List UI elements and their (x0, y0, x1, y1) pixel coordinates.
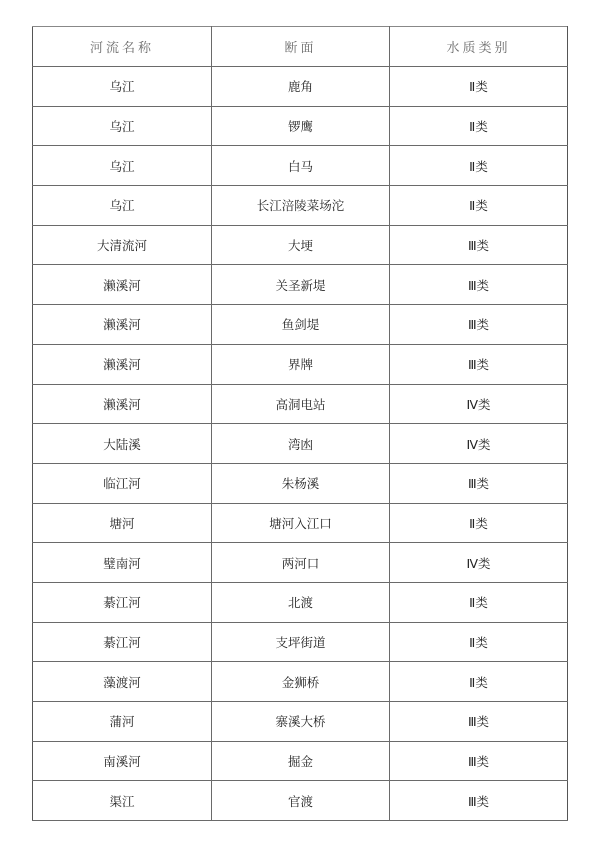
cell-section: 界牌 (212, 344, 390, 384)
cell-river-name: 濑溪河 (33, 305, 212, 345)
water-quality-table: 河流名称 断面 水质类别 乌江 鹿角 Ⅱ类 乌江 锣鹰 Ⅱ类 乌江 白马 Ⅱ类 (32, 26, 568, 821)
cell-quality-class: Ⅳ类 (390, 543, 568, 583)
cell-quality-class: Ⅱ类 (390, 622, 568, 662)
cell-section: 关圣新堤 (212, 265, 390, 305)
cell-section: 长江涪陵菜场沱 (212, 186, 390, 226)
cell-river-name: 乌江 (33, 186, 212, 226)
cell-quality-class: Ⅲ类 (390, 463, 568, 503)
cell-river-name: 濑溪河 (33, 265, 212, 305)
cell-section: 北渡 (212, 582, 390, 622)
cell-river-name: 塘河 (33, 503, 212, 543)
cell-section: 掘金 (212, 741, 390, 781)
cell-quality-class: Ⅲ类 (390, 225, 568, 265)
cell-section: 支坪街道 (212, 622, 390, 662)
cell-section: 鱼剑堤 (212, 305, 390, 345)
cell-river-name: 綦江河 (33, 622, 212, 662)
cell-quality-class: Ⅲ类 (390, 702, 568, 742)
cell-section: 朱杨溪 (212, 463, 390, 503)
table-header-row: 河流名称 断面 水质类别 (33, 27, 568, 67)
cell-section: 两河口 (212, 543, 390, 583)
cell-river-name: 乌江 (33, 106, 212, 146)
table-row: 乌江 长江涪陵菜场沱 Ⅱ类 (33, 186, 568, 226)
table-row: 临江河 朱杨溪 Ⅲ类 (33, 463, 568, 503)
cell-quality-class: Ⅳ类 (390, 424, 568, 464)
header-river-name: 河流名称 (33, 27, 212, 67)
cell-section: 湾凼 (212, 424, 390, 464)
cell-quality-class: Ⅱ类 (390, 146, 568, 186)
cell-section: 官渡 (212, 781, 390, 821)
document-page: 河流名称 断面 水质类别 乌江 鹿角 Ⅱ类 乌江 锣鹰 Ⅱ类 乌江 白马 Ⅱ类 (32, 26, 567, 821)
cell-section: 塘河入江口 (212, 503, 390, 543)
cell-section: 锣鹰 (212, 106, 390, 146)
cell-section: 高洞电站 (212, 384, 390, 424)
table-row: 濑溪河 鱼剑堤 Ⅲ类 (33, 305, 568, 345)
header-water-quality-class: 水质类别 (390, 27, 568, 67)
cell-quality-class: Ⅲ类 (390, 344, 568, 384)
cell-section: 大埂 (212, 225, 390, 265)
cell-river-name: 临江河 (33, 463, 212, 503)
table-row: 塘河 塘河入江口 Ⅱ类 (33, 503, 568, 543)
table-row: 璧南河 两河口 Ⅳ类 (33, 543, 568, 583)
cell-quality-class: Ⅱ类 (390, 662, 568, 702)
cell-quality-class: Ⅱ类 (390, 106, 568, 146)
cell-river-name: 渠江 (33, 781, 212, 821)
cell-river-name: 乌江 (33, 67, 212, 107)
cell-section: 鹿角 (212, 67, 390, 107)
cell-quality-class: Ⅲ类 (390, 305, 568, 345)
cell-quality-class: Ⅲ类 (390, 265, 568, 305)
cell-section: 寨溪大桥 (212, 702, 390, 742)
table-row: 綦江河 北渡 Ⅱ类 (33, 582, 568, 622)
table-row: 濑溪河 界牌 Ⅲ类 (33, 344, 568, 384)
table-row: 蒲河 寨溪大桥 Ⅲ类 (33, 702, 568, 742)
cell-river-name: 藻渡河 (33, 662, 212, 702)
cell-quality-class: Ⅱ类 (390, 186, 568, 226)
table-row: 濑溪河 关圣新堤 Ⅲ类 (33, 265, 568, 305)
table-row: 乌江 锣鹰 Ⅱ类 (33, 106, 568, 146)
cell-quality-class: Ⅱ类 (390, 582, 568, 622)
cell-river-name: 南溪河 (33, 741, 212, 781)
table-row: 南溪河 掘金 Ⅲ类 (33, 741, 568, 781)
table-row: 綦江河 支坪街道 Ⅱ类 (33, 622, 568, 662)
table-row: 大清流河 大埂 Ⅲ类 (33, 225, 568, 265)
table-row: 乌江 鹿角 Ⅱ类 (33, 67, 568, 107)
table-row: 藻渡河 金狮桥 Ⅱ类 (33, 662, 568, 702)
cell-river-name: 綦江河 (33, 582, 212, 622)
cell-river-name: 蒲河 (33, 702, 212, 742)
cell-river-name: 大陆溪 (33, 424, 212, 464)
cell-river-name: 濑溪河 (33, 344, 212, 384)
header-section: 断面 (212, 27, 390, 67)
cell-quality-class: Ⅱ类 (390, 503, 568, 543)
cell-river-name: 璧南河 (33, 543, 212, 583)
cell-quality-class: Ⅲ类 (390, 741, 568, 781)
cell-quality-class: Ⅲ类 (390, 781, 568, 821)
table-row: 濑溪河 高洞电站 Ⅳ类 (33, 384, 568, 424)
cell-section: 金狮桥 (212, 662, 390, 702)
table-row: 乌江 白马 Ⅱ类 (33, 146, 568, 186)
cell-river-name: 大清流河 (33, 225, 212, 265)
cell-river-name: 濑溪河 (33, 384, 212, 424)
cell-river-name: 乌江 (33, 146, 212, 186)
cell-section: 白马 (212, 146, 390, 186)
cell-quality-class: Ⅱ类 (390, 67, 568, 107)
table-row: 大陆溪 湾凼 Ⅳ类 (33, 424, 568, 464)
table-row: 渠江 官渡 Ⅲ类 (33, 781, 568, 821)
cell-quality-class: Ⅳ类 (390, 384, 568, 424)
